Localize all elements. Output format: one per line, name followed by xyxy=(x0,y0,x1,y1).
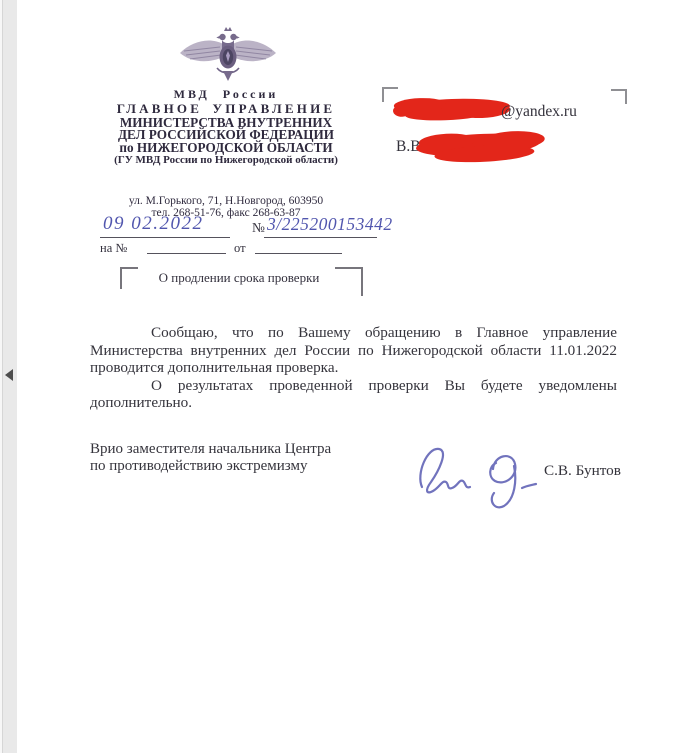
document-viewer: МВД России ГЛАВНОЕ УПРАВЛЕНИЕ МИНИСТЕРСТ… xyxy=(0,0,700,753)
signer-position-line: по противодействию экстремизму xyxy=(90,458,370,475)
from-date-label: от xyxy=(234,241,246,256)
body-line: Министерства внутренних дел России по Ни… xyxy=(90,342,617,360)
recipient-email-suffix: @yandex.ru xyxy=(501,103,577,121)
in-reply-to-blank-line xyxy=(147,253,226,254)
letterhead-org-name: ГЛАВНОЕ УПРАВЛЕНИЕ МИНИСТЕРСТВА ВНУТРЕНН… xyxy=(76,102,376,155)
body-line: дополнительно. xyxy=(90,394,617,412)
letterhead-org-abbrev: (ГУ МВД России по Нижегородской области) xyxy=(76,154,376,166)
signer-position: Врио заместителя начальника Центра по пр… xyxy=(90,441,370,476)
body-line: Сообщаю, что по Вашему обращению в Главн… xyxy=(90,324,617,342)
mvd-eagle-emblem-icon xyxy=(178,24,278,82)
body-line: О результатах проведенной проверки Вы бу… xyxy=(90,377,617,395)
body-line: проводится дополнительная проверка. xyxy=(90,359,617,377)
from-date-blank-line xyxy=(255,253,342,254)
letterhead-address: ул. М.Горького, 71, Н.Новгород, 603950 xyxy=(76,195,376,207)
number-sign-label: № xyxy=(252,220,265,236)
in-reply-to-label: на № xyxy=(100,241,127,256)
handwritten-outgoing-number: 3/225200153442 xyxy=(267,214,393,235)
letterhead-ministry: МВД России xyxy=(76,87,376,102)
letter-subject: О продлении срока проверки xyxy=(133,270,345,286)
redaction-mark-email xyxy=(390,93,515,125)
handwritten-signature xyxy=(413,436,538,514)
outgoing-number-field: 3/225200153442 xyxy=(264,212,377,238)
date-field: 09 02.2022 xyxy=(100,212,230,238)
org-line: по НИЖЕГОРОДСКОЙ ОБЛАСТИ xyxy=(76,142,376,155)
letter-body: Сообщаю, что по Вашему обращению в Главн… xyxy=(90,324,617,412)
collapse-left-arrow-icon[interactable] xyxy=(5,369,13,381)
signer-name: С.В. Бунтов xyxy=(544,462,621,480)
redaction-mark-name xyxy=(412,127,549,165)
handwritten-date: 09 02.2022 xyxy=(103,213,204,235)
signer-position-line: Врио заместителя начальника Центра xyxy=(90,441,370,458)
recipient-corner-mark-right xyxy=(611,89,627,104)
